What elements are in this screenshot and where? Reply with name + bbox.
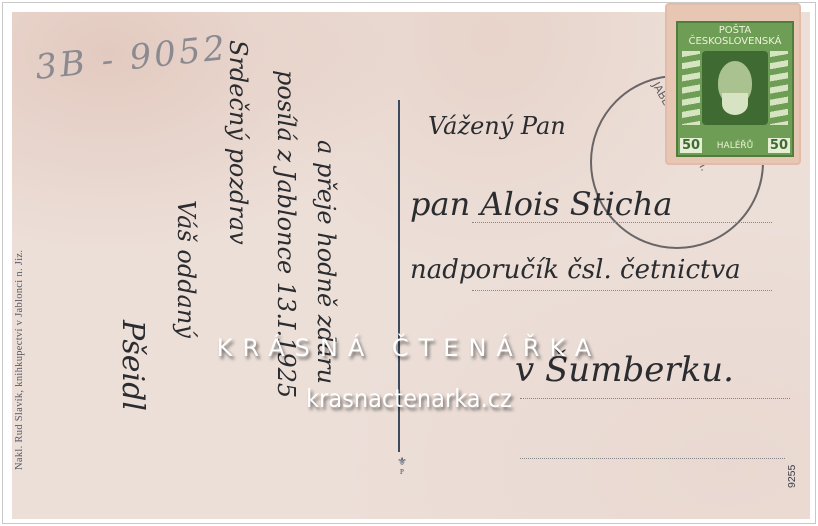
- laurel-right-icon: [770, 51, 788, 125]
- printer-logo-icon: ⚜: [397, 456, 407, 468]
- stamp-country: ČESKOSLOVENSKÁ: [678, 36, 792, 47]
- watermark-url: krasnactenarka.cz: [0, 384, 818, 413]
- address-line-2: nadporučík čsl. četnictva: [410, 255, 741, 285]
- stamp-value-right: 50: [768, 138, 790, 153]
- portrait-icon: [702, 51, 768, 125]
- address-dotted-line: [472, 290, 772, 291]
- printer-mark-letter: P: [392, 468, 412, 476]
- printer-mark: ⚜ P: [392, 455, 412, 476]
- address-dotted-line: [520, 458, 785, 459]
- message-line: Srdečný pozdrav: [224, 40, 252, 245]
- laurel-left-icon: [682, 51, 700, 125]
- stamp-top-line: POŠTA: [678, 25, 792, 36]
- serial-number: 9255: [786, 465, 798, 488]
- watermark-title: KRÁSNÁ ČTENÁŘKA: [0, 334, 818, 362]
- stamp-currency: HALÉŘŮ: [717, 141, 753, 151]
- address-dotted-line: [472, 222, 772, 223]
- stamp-value-left: 50: [680, 138, 702, 153]
- address-line-1: pan Alois Sticha: [410, 185, 672, 223]
- message-line: Váš oddaný: [172, 200, 200, 338]
- postage-stamp: POŠTA ČESKOSLOVENSKÁ 50 HALÉŘŮ 50: [667, 5, 799, 163]
- address-salutation: Vážený Pan: [428, 112, 566, 140]
